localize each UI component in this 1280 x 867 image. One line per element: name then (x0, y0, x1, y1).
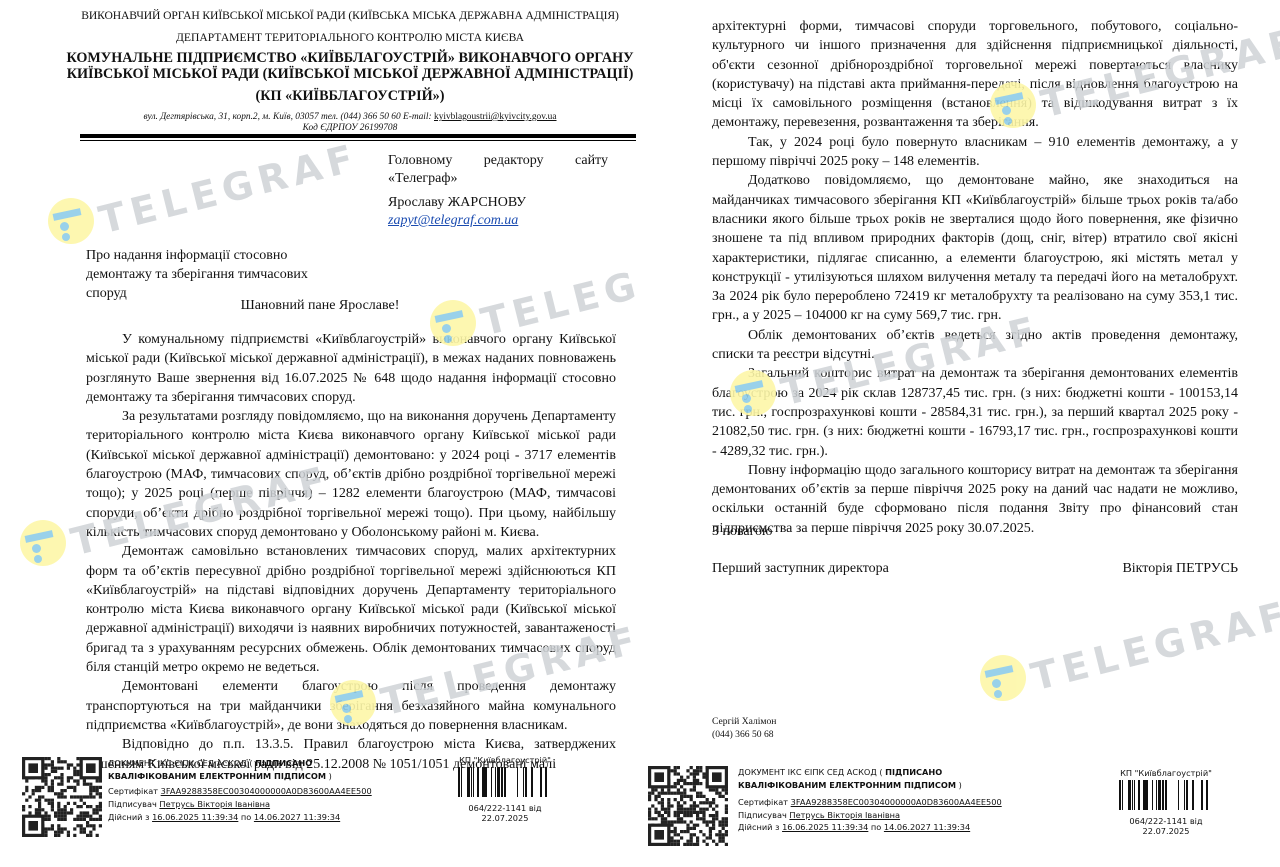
letterhead-rule-thin (80, 140, 636, 141)
body-paragraph: архітектурні форми, тимчасові споруди то… (712, 17, 1238, 133)
org-email-link[interactable]: kyivblagoustrii@kyivcity.gov.ua (434, 112, 557, 122)
telegraf-logo-icon (20, 520, 66, 566)
letter-subject: Про надання інформації стосовно демонтаж… (86, 246, 346, 303)
addressee-block: Головному редактору сайту «Телеграф» Яро… (388, 152, 608, 230)
stamp-title: ДОКУМЕНТ ІКС ЄІПК СЕД АСКОД ( ПІДПИСАНО … (108, 757, 388, 783)
registration-number: 064/222-1141 від 22.07.2025 (1106, 816, 1226, 836)
addressee-name: Ярославу ЖАРСНОВУ (388, 194, 608, 212)
registration-barcode-block: КП "Київблагоустрій" 064/222-1141 від 22… (1106, 768, 1226, 836)
body-paragraph: За результатами розгляду повідомляємо, щ… (86, 407, 616, 542)
barcode-icon (1119, 780, 1214, 810)
stamp-certificate: Сертифікат 3FAA9288358EC00304000000A0D83… (738, 797, 1002, 807)
qr-code-icon (648, 766, 728, 846)
body-paragraph: Демонтаж самовільно встановлених тимчасо… (86, 542, 616, 677)
body-paragraph: Повну інформацію щодо загального коштори… (712, 461, 1238, 538)
letterhead-org-short: (КП «КИЇВБЛАГОУСТРІЙ») (60, 88, 640, 105)
body-paragraph: Додатково повідомляємо, що демонтоване м… (712, 171, 1238, 325)
letterhead-contacts: вул. Дегтярівська, 31, корп.2, м. Київ, … (60, 112, 640, 134)
org-address: вул. Дегтярівська, 31, корп.2, м. Київ, … (143, 112, 434, 122)
registration-barcode-block: КП "Київблагоустрій" 064/222-1141 від 22… (445, 755, 565, 823)
stamp-certificate: Сертифікат 3FAA9288358EC00304000000A0D83… (108, 786, 372, 796)
executor-phone: (044) 366 50 68 (712, 728, 776, 741)
body-paragraph: Так, у 2024 році було повернуто власника… (712, 133, 1238, 172)
executor-block: Сергій Халімон (044) 366 50 68 (712, 715, 776, 741)
letter-body-page-2: архітектурні форми, тимчасові споруди то… (712, 17, 1238, 538)
stamp-validity: Дійсний з 16.06.2025 11:39:34 по 14.06.2… (108, 812, 340, 822)
body-paragraph: Загальний кошторис витрат на демонтаж та… (712, 364, 1238, 460)
body-paragraph: Демонтовані елементи благоустрою після п… (86, 677, 616, 735)
stamp-title: ДОКУМЕНТ ІКС ЄІПК СЕД АСКОД ( ПІДПИСАНО … (738, 766, 1018, 792)
letterhead-authority: ВИКОНАВЧИЙ ОРГАН КИЇВСЬКОЇ МІСЬКОЇ РАДИ … (60, 9, 640, 22)
addressee-position: Головному редактору сайту (388, 152, 608, 170)
body-paragraph: У комунальному підприємстві «Київблагоус… (86, 330, 616, 407)
stamp-validity: Дійсний з 16.06.2025 11:39:34 по 14.06.2… (738, 822, 970, 832)
org-line-1: КОМУНАЛЬНЕ ПІДПРИЄМСТВО «КИЇВБЛАГОУСТРІЙ… (60, 50, 640, 66)
signature-row: Перший заступник директора Вікторія ПЕТР… (712, 561, 1238, 577)
executor-name: Сергій Халімон (712, 715, 776, 728)
letterhead-rule-thick (80, 134, 636, 138)
letterhead-organization: КОМУНАЛЬНЕ ПІДПРИЄМСТВО «КИЇВБЛАГОУСТРІЙ… (60, 50, 640, 82)
barcode-icon (458, 767, 553, 797)
closing-phrase: З повагою (712, 524, 773, 540)
letterhead-department: ДЕПАРТАМЕНТ ТЕРИТОРІАЛЬНОГО КОНТРОЛЮ МІС… (60, 31, 640, 44)
letter-body-page-1: У комунальному підприємстві «Київблагоус… (86, 330, 616, 774)
addressee-outlet: «Телеграф» (388, 170, 608, 188)
letter-greeting: Шановний пане Ярославе! (0, 298, 640, 314)
telegraf-watermark: TELEGRAF (48, 198, 366, 244)
addressee-email-link[interactable]: zapyt@telegraf.com.ua (388, 212, 608, 230)
registration-number: 064/222-1141 від 22.07.2025 (445, 803, 565, 823)
org-line-2: КИЇВСЬКОЇ МІСЬКОЇ РАДИ (КИЇВСЬКОЇ МІСЬКО… (60, 66, 640, 82)
org-edrpou: Код ЄДРПОУ 26199708 (303, 123, 398, 133)
signer-title: Перший заступник директора (712, 561, 889, 576)
body-paragraph: Облік демонтованих об’єктів ведеться згі… (712, 326, 1238, 365)
qr-code-icon (22, 757, 102, 837)
barcode-label: КП "Київблагоустрій" (445, 755, 565, 765)
stamp-signer: Підписувач Петрусь Вікторія Іванівна (738, 810, 900, 820)
signer-name: Вікторія ПЕТРУСЬ (1122, 561, 1238, 577)
stamp-signer: Підписувач Петрусь Вікторія Іванівна (108, 799, 270, 809)
telegraf-logo-icon (48, 198, 94, 244)
barcode-label: КП "Київблагоустрій" (1106, 768, 1226, 778)
letter-page-1: ВИКОНАВЧИЙ ОРГАН КИЇВСЬКОЇ МІСЬКОЇ РАДИ … (0, 0, 640, 867)
